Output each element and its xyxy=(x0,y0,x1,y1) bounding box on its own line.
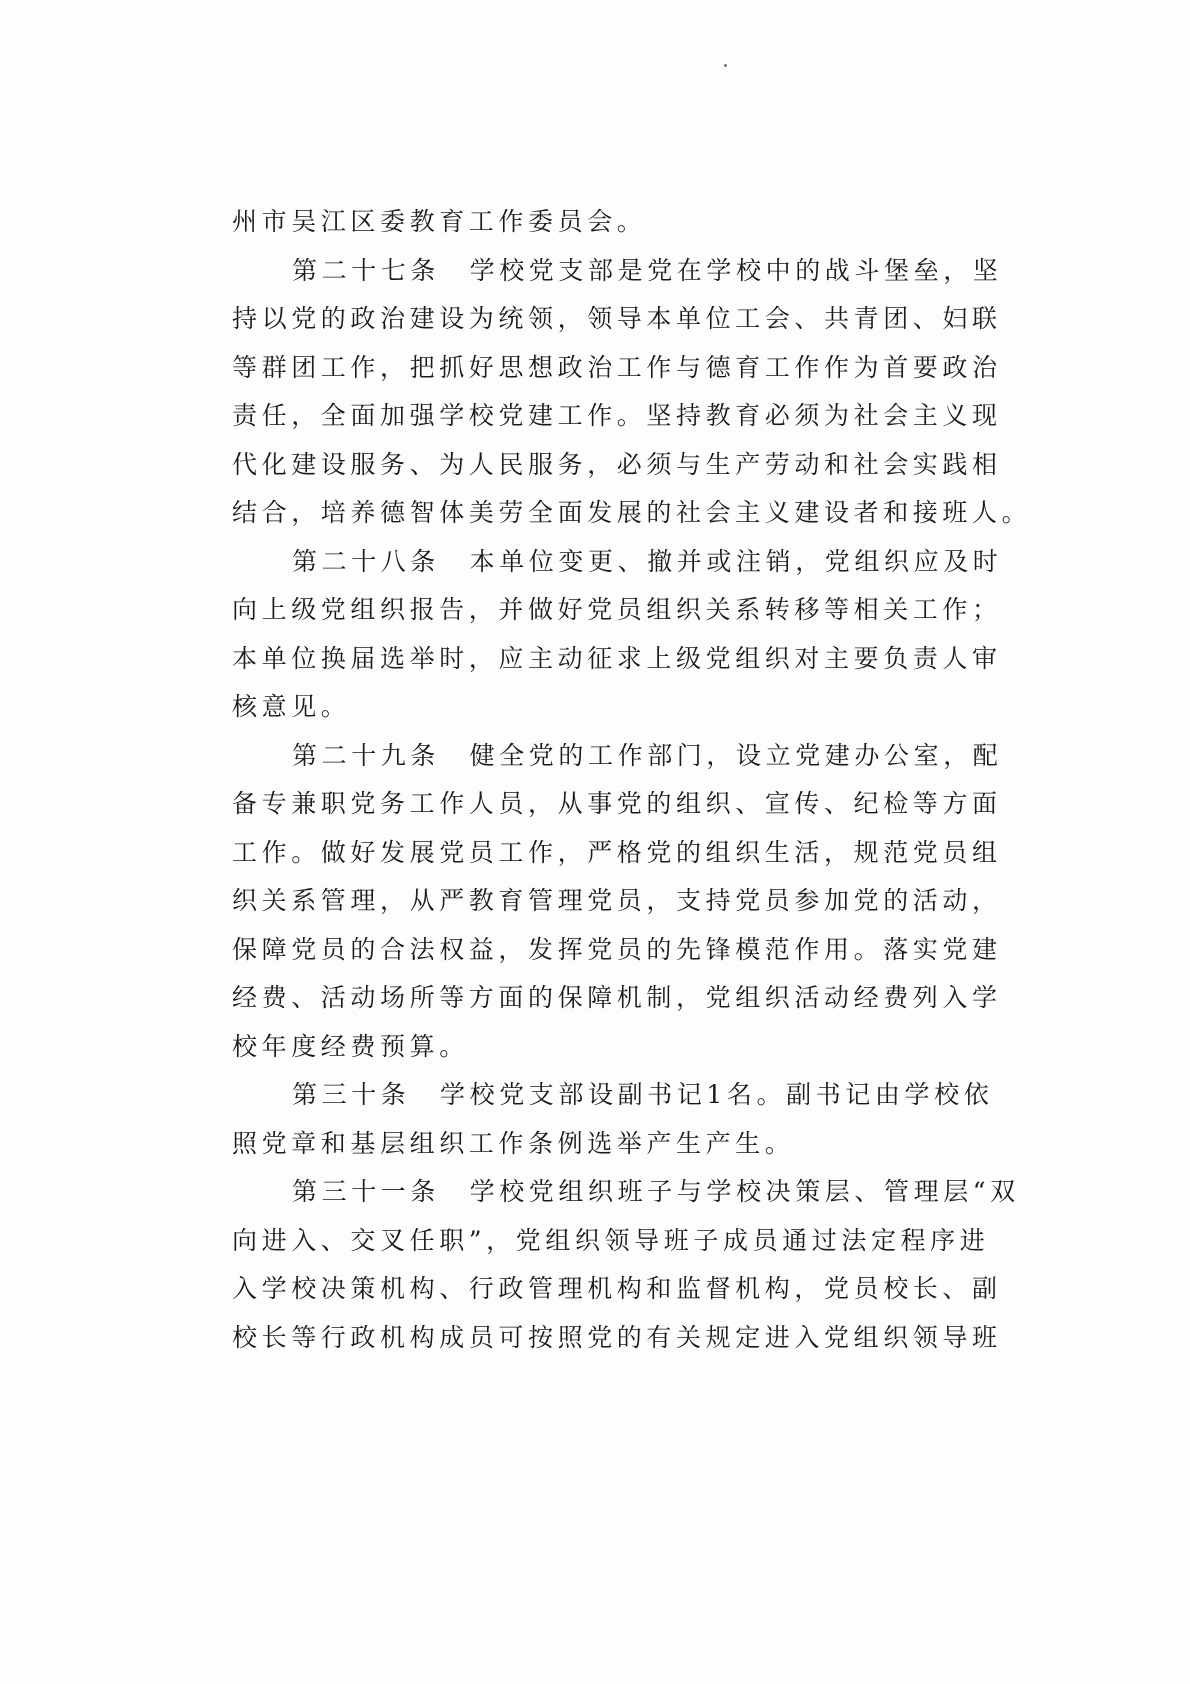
article-28-heading-line: 第二十八条 本单位变更、撤并或注销，党组织应及时 xyxy=(232,538,992,587)
document-body: 州市吴江区委教育工作委员会。 第二十七条 学校党支部是党在学校中的战斗堡垒，坚 … xyxy=(232,198,992,1362)
text-line: 持以党的政治建设为统领，领导本单位工会、共青团、妇联 xyxy=(232,295,992,344)
text-line: 结合，培养德智体美劳全面发展的社会主义建设者和接班人。 xyxy=(232,489,992,538)
text-line: 经费、活动场所等方面的保障机制，党组织活动经费列入学 xyxy=(232,974,992,1023)
text-line: 工作。做好发展党员工作，严格党的组织生活，规范党员组 xyxy=(232,829,992,878)
text-line: 等群团工作，把抓好思想政治工作与德育工作作为首要政治 xyxy=(232,344,992,393)
document-page: 州市吴江区委教育工作委员会。 第二十七条 学校党支部是党在学校中的战斗堡垒，坚 … xyxy=(0,0,1190,1684)
text-line: 入学校决策机构、行政管理机构和监督机构，党员校长、副 xyxy=(232,1265,992,1314)
text-line: 织关系管理，从严教育管理党员，支持党员参加党的活动， xyxy=(232,877,992,926)
text-line: 州市吴江区委教育工作委员会。 xyxy=(232,198,992,247)
text-line: 备专兼职党务工作人员，从事党的组织、宣传、纪检等方面 xyxy=(232,780,992,829)
text-line: 本单位换届选举时，应主动征求上级党组织对主要负责人审 xyxy=(232,635,992,684)
text-line: 责任，全面加强学校党建工作。坚持教育必须为社会主义现 xyxy=(232,392,992,441)
article-27-heading-line: 第二十七条 学校党支部是党在学校中的战斗堡垒，坚 xyxy=(232,247,992,296)
article-30-heading-line: 第三十条 学校党支部设副书记1名。副书记由学校依 xyxy=(232,1071,992,1120)
text-line: 代化建设服务、为人民服务，必须与生产劳动和社会实践相 xyxy=(232,441,992,490)
text-line: 核意见。 xyxy=(232,683,992,732)
text-line: 校年度经费预算。 xyxy=(232,1023,992,1072)
text-line: 向上级党组织报告，并做好党员组织关系转移等相关工作； xyxy=(232,586,992,635)
text-line: 保障党员的合法权益，发挥党员的先锋模范作用。落实党建 xyxy=(232,926,992,975)
article-31-heading-line: 第三十一条 学校党组织班子与学校决策层、管理层“双 xyxy=(232,1168,992,1217)
text-line: 照党章和基层组织工作条例选举产生产生。 xyxy=(232,1120,992,1169)
text-line: 校长等行政机构成员可按照党的有关规定进入党组织领导班 xyxy=(232,1314,992,1363)
scan-speck xyxy=(724,64,727,67)
text-line: 向进入、交叉任职”，党组织领导班子成员通过法定程序进 xyxy=(232,1217,992,1266)
article-29-heading-line: 第二十九条 健全党的工作部门，设立党建办公室，配 xyxy=(232,732,992,781)
